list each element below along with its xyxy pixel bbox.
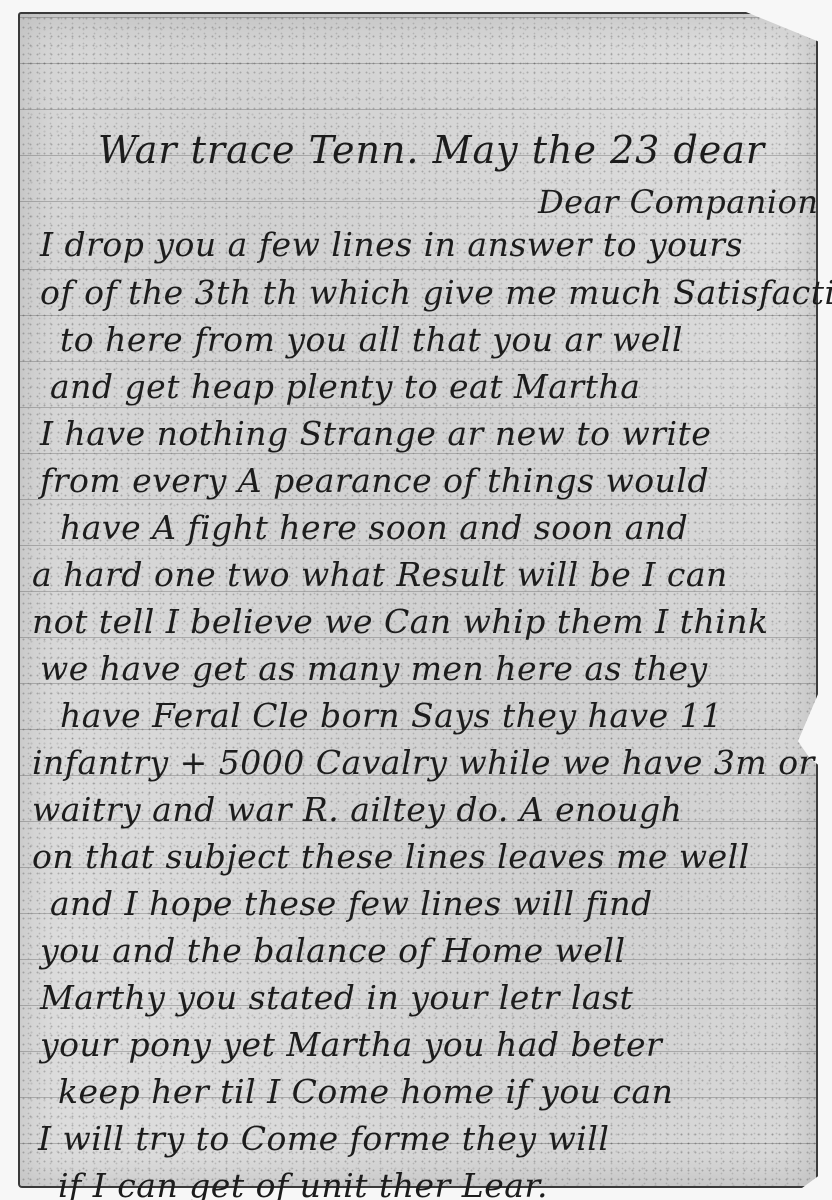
letter-line: I have nothing Strange ar new to write: [40, 414, 711, 454]
letter-line: waitry and war R. ailtey do. A enough: [32, 790, 682, 830]
letter-line: and I hope these few lines will find: [50, 884, 653, 924]
scanned-page: War trace Tenn. May the 23 dear Dear Com…: [0, 0, 832, 1200]
letter-line: have Feral Cle born Says they have 11: [60, 696, 723, 736]
letter-line: from every A pearance of things would: [40, 461, 709, 501]
letter-line: a hard one two what Result will be I can: [32, 555, 728, 595]
letter-line: Marthy you stated in your letr last: [40, 978, 633, 1018]
letter-line: infantry + 5000 Cavalry while we have 3m…: [32, 743, 815, 783]
letter-line: on that subject these lines leaves me we…: [32, 837, 750, 877]
letter-line: have A fight here soon and soon and: [60, 508, 688, 548]
letter-line: I drop you a few lines in answer to your…: [40, 225, 743, 265]
letter-line: we have get as many men here as they: [40, 649, 708, 689]
letter-line: of of the 3th th which give me much Sati…: [40, 273, 832, 313]
letter-line: your pony yet Martha you had beter: [40, 1025, 662, 1065]
letter-line: keep her til I Come home if you can: [58, 1072, 673, 1112]
letter-line: you and the balance of Home well: [40, 931, 626, 971]
letter-line: if I can get of unit ther Lear.: [58, 1166, 548, 1200]
letter-line: I will try to Come forme they will: [38, 1119, 609, 1159]
letter-line: not tell I believe we Can whip them I th…: [32, 602, 769, 642]
letter-salutation: Dear Companion: [538, 182, 819, 222]
letter-line: to here from you all that you ar well: [60, 320, 683, 360]
letter-line: and get heap plenty to eat Martha: [50, 367, 640, 407]
letter-heading: War trace Tenn. May the 23 dear: [98, 130, 765, 170]
